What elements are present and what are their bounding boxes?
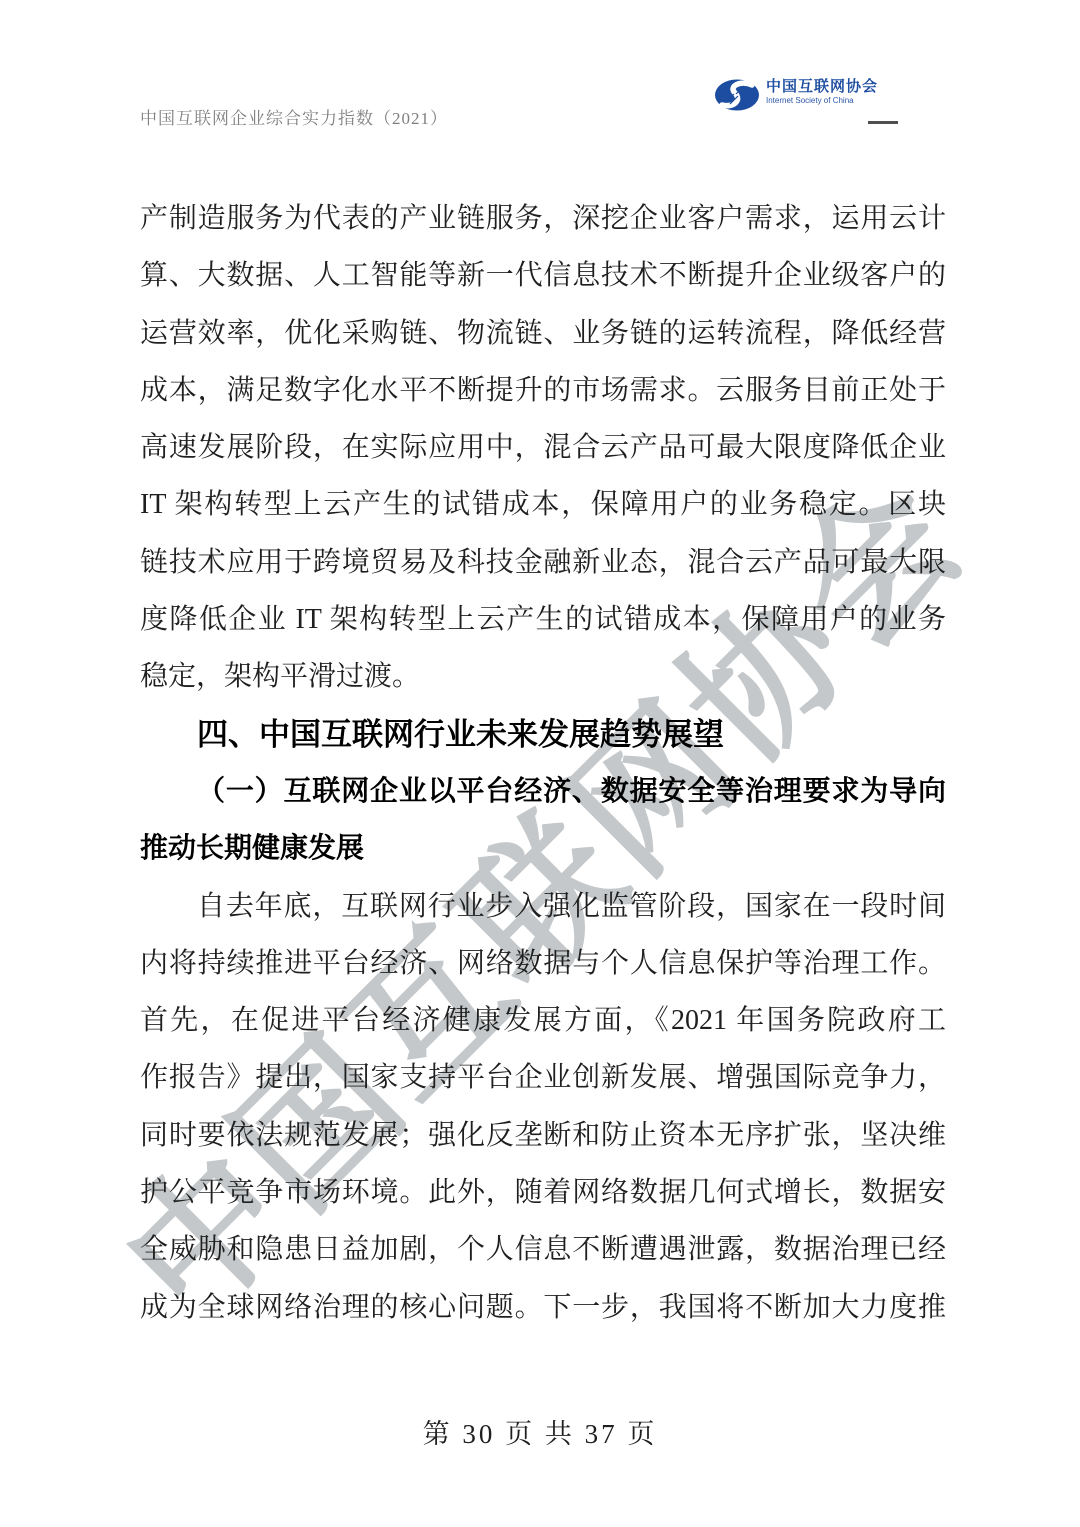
text-line: 成为全球网络治理的核心问题。下一步，我国将不断加大力度推 — [140, 1279, 946, 1336]
internet-society-logo-icon — [714, 78, 760, 112]
text-line: 内将持续推进平台经济、网络数据与个人信息保护等治理工作。 — [140, 935, 946, 992]
text-line: 产制造服务为代表的产业链服务，深挖企业客户需求，运用云计 — [140, 190, 946, 247]
paragraph: 自去年底，互联网行业步入强化监管阶段，国家在一段时间内将持续推进平台经济、网络数… — [140, 878, 946, 1336]
text-line: 推动长期健康发展 — [140, 820, 946, 877]
text-line: 运营效率，优化采购链、物流链、业务链的运转流程，降低经营 — [140, 305, 946, 362]
text-line: IT 架构转型上云产生的试错成本，保障用户的业务稳定。区块 — [140, 476, 946, 533]
text-line: （一）互联网企业以平台经济、数据安全等治理要求为导向 — [140, 763, 946, 820]
text-line: 首先，在促进平台经济健康发展方面，《2021 年国务院政府工 — [140, 992, 946, 1049]
document-title: 中国互联网企业综合实力指数（2021） — [140, 104, 448, 129]
text-line: 护公平竞争市场环境。此外，随着网络数据几何式增长，数据安 — [140, 1164, 946, 1221]
paragraph: 产制造服务为代表的产业链服务，深挖企业客户需求，运用云计算、大数据、人工智能等新… — [140, 190, 946, 706]
text-line: 自去年底，互联网行业步入强化监管阶段，国家在一段时间 — [140, 878, 946, 935]
org-logo-text: 中国互联网协会 Internet Society of China — [766, 78, 878, 106]
text-line: 稳定，架构平滑过渡。 — [140, 648, 946, 705]
section-heading: 四、中国互联网行业未来发展趋势展望 — [140, 706, 946, 763]
page-number-text: 第 30 页 共 37 页 — [423, 1419, 658, 1449]
page-footer: 第 30 页 共 37 页 — [0, 1412, 1080, 1451]
org-logo: 中国互联网协会 Internet Society of China — [714, 78, 878, 112]
document-body: 产制造服务为代表的产业链服务，深挖企业客户需求，运用云计算、大数据、人工智能等新… — [140, 190, 946, 1336]
text-line: 算、大数据、人工智能等新一代信息技术不断提升企业级客户的 — [140, 247, 946, 304]
document-page: 中国互联网协会 中国互联网企业综合实力指数（2021） 中国互联网协会 Inte… — [0, 0, 1080, 1527]
header-dash-line — [868, 121, 898, 124]
text-line: 全威胁和隐患日益加剧，个人信息不断遭遇泄露，数据治理已经 — [140, 1221, 946, 1278]
org-name-cn: 中国互联网协会 — [766, 78, 878, 96]
text-line: 成本，满足数字化水平不断提升的市场需求。云服务目前正处于 — [140, 362, 946, 419]
text-line: 同时要依法规范发展；强化反垄断和防止资本无序扩张，坚决维 — [140, 1107, 946, 1164]
text-line: 作报告》提出，国家支持平台企业创新发展、增强国际竞争力， — [140, 1049, 946, 1106]
subsection-heading: （一）互联网企业以平台经济、数据安全等治理要求为导向推动长期健康发展 — [140, 763, 946, 878]
text-line: 四、中国互联网行业未来发展趋势展望 — [140, 706, 946, 763]
text-line: 度降低企业 IT 架构转型上云产生的试错成本，保障用户的业务 — [140, 591, 946, 648]
text-line: 高速发展阶段，在实际应用中，混合云产品可最大限度降低企业 — [140, 419, 946, 476]
org-name-en: Internet Society of China — [766, 96, 878, 106]
text-line: 链技术应用于跨境贸易及科技金融新业态，混合云产品可最大限 — [140, 534, 946, 591]
page-header: 中国互联网企业综合实力指数（2021） 中国互联网协会 Internet Soc… — [0, 0, 1080, 160]
